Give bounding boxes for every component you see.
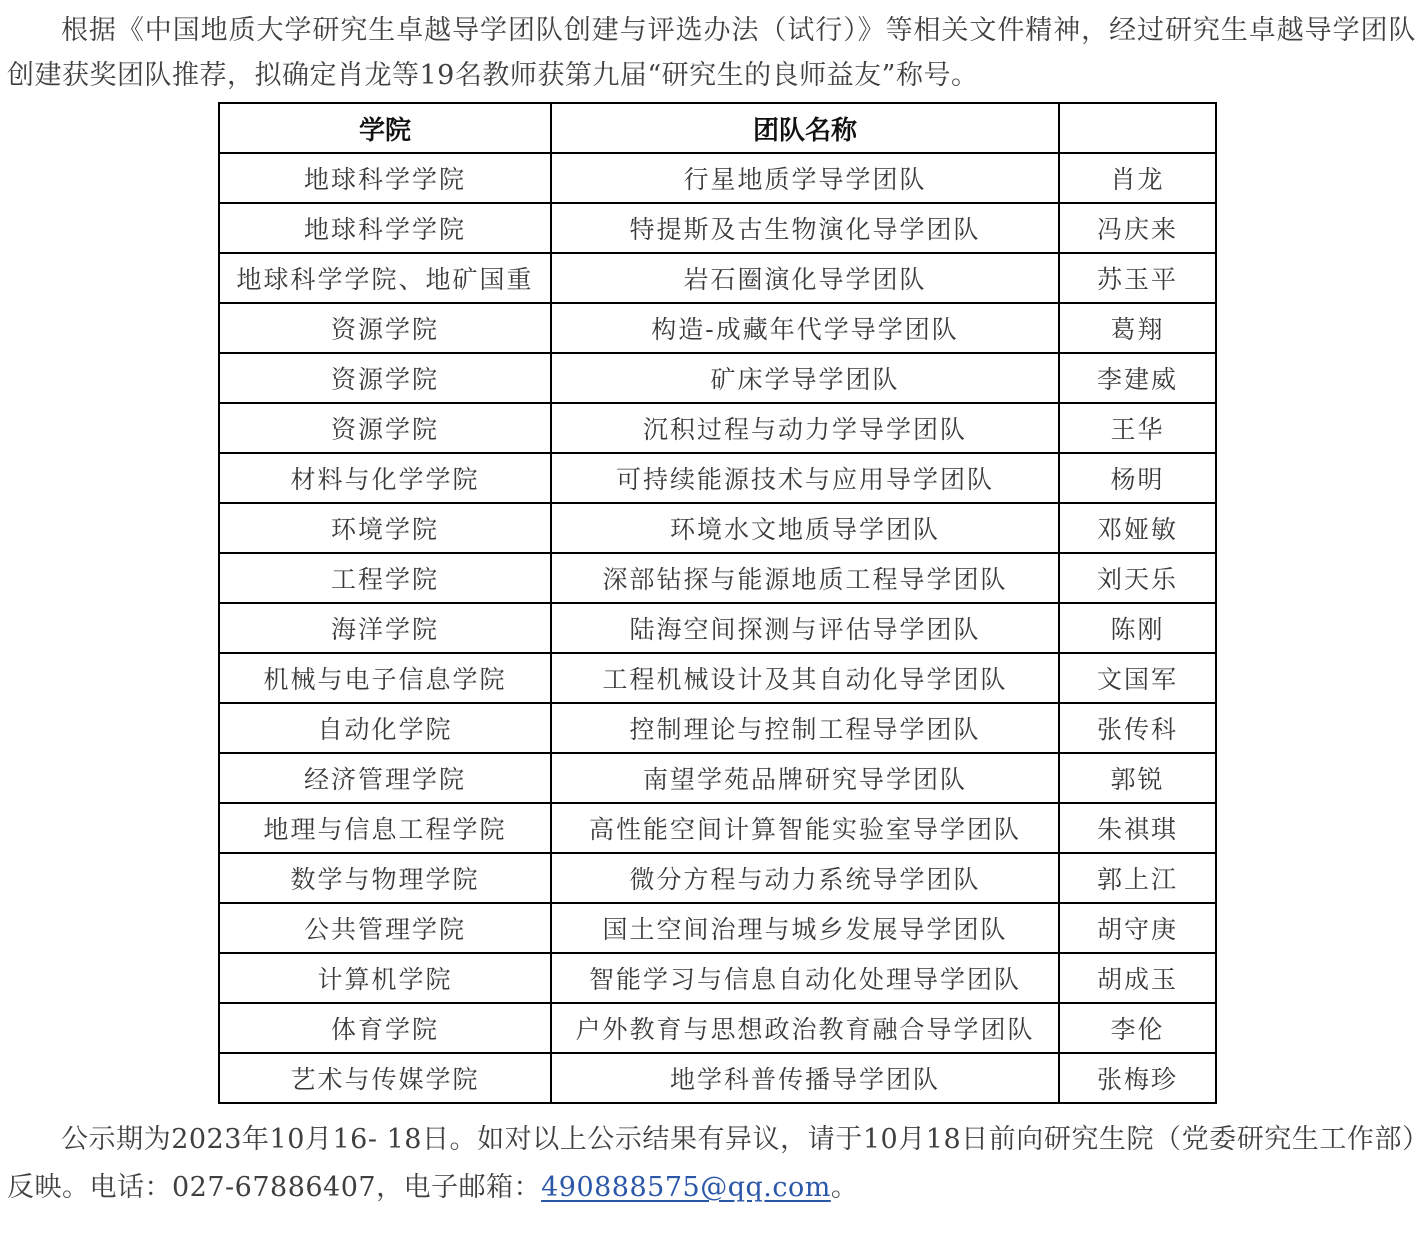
cell-college: 艺术与传媒学院 — [219, 1053, 551, 1103]
award-team-table: 学院 团队名称 地球科学学院行星地质学导学团队肖龙地球科学学院特提斯及古生物演化… — [218, 102, 1217, 1104]
footer-text-after-email: 。 — [831, 1172, 859, 1203]
cell-team-name: 深部钻探与能源地质工程导学团队 — [551, 553, 1059, 603]
cell-person-name: 张梅珍 — [1059, 1053, 1216, 1103]
cell-person-name: 李伦 — [1059, 1003, 1216, 1053]
cell-team-name: 可持续能源技术与应用导学团队 — [551, 453, 1059, 503]
cell-college: 公共管理学院 — [219, 903, 551, 953]
cell-team-name: 智能学习与信息自动化处理导学团队 — [551, 953, 1059, 1003]
cell-team-name: 控制理论与控制工程导学团队 — [551, 703, 1059, 753]
email-link[interactable]: 490888575@qq.com — [541, 1172, 831, 1203]
column-header-empty — [1059, 103, 1216, 153]
table-row: 工程学院深部钻探与能源地质工程导学团队刘天乐 — [219, 553, 1216, 603]
cell-person-name: 胡守庚 — [1059, 903, 1216, 953]
cell-person-name: 葛翔 — [1059, 303, 1216, 353]
table-row: 资源学院构造-成藏年代学导学团队葛翔 — [219, 303, 1216, 353]
cell-person-name: 胡成玉 — [1059, 953, 1216, 1003]
cell-college: 经济管理学院 — [219, 753, 551, 803]
table-row: 计算机学院智能学习与信息自动化处理导学团队胡成玉 — [219, 953, 1216, 1003]
cell-team-name: 微分方程与动力系统导学团队 — [551, 853, 1059, 903]
table-row: 海洋学院陆海空间探测与评估导学团队陈刚 — [219, 603, 1216, 653]
cell-team-name: 南望学苑品牌研究导学团队 — [551, 753, 1059, 803]
cell-team-name: 国土空间治理与城乡发展导学团队 — [551, 903, 1059, 953]
document-page: 根据《中国地质大学研究生卓越导学团队创建与评选办法（试行）》等相关文件精神，经过… — [0, 0, 1422, 1258]
cell-college: 资源学院 — [219, 353, 551, 403]
table-row: 环境学院环境水文地质导学团队邓娅敏 — [219, 503, 1216, 553]
cell-team-name: 高性能空间计算智能实验室导学团队 — [551, 803, 1059, 853]
cell-person-name: 冯庆来 — [1059, 203, 1216, 253]
cell-college: 海洋学院 — [219, 603, 551, 653]
column-header-college: 学院 — [219, 103, 551, 153]
team-table-body: 地球科学学院行星地质学导学团队肖龙地球科学学院特提斯及古生物演化导学团队冯庆来地… — [219, 153, 1216, 1103]
table-row: 资源学院矿床学导学团队李建威 — [219, 353, 1216, 403]
table-row: 资源学院沉积过程与动力学导学团队王华 — [219, 403, 1216, 453]
cell-team-name: 工程机械设计及其自动化导学团队 — [551, 653, 1059, 703]
cell-college: 地理与信息工程学院 — [219, 803, 551, 853]
cell-college: 地球科学学院 — [219, 203, 551, 253]
table-row: 自动化学院控制理论与控制工程导学团队张传科 — [219, 703, 1216, 753]
cell-person-name: 郭上江 — [1059, 853, 1216, 903]
column-header-team-name: 团队名称 — [551, 103, 1059, 153]
cell-team-name: 矿床学导学团队 — [551, 353, 1059, 403]
table-row: 数学与物理学院微分方程与动力系统导学团队郭上江 — [219, 853, 1216, 903]
cell-team-name: 特提斯及古生物演化导学团队 — [551, 203, 1059, 253]
cell-college: 数学与物理学院 — [219, 853, 551, 903]
cell-college: 自动化学院 — [219, 703, 551, 753]
cell-college: 机械与电子信息学院 — [219, 653, 551, 703]
cell-team-name: 陆海空间探测与评估导学团队 — [551, 603, 1059, 653]
cell-person-name: 王华 — [1059, 403, 1216, 453]
cell-person-name: 李建威 — [1059, 353, 1216, 403]
table-row: 公共管理学院国土空间治理与城乡发展导学团队胡守庚 — [219, 903, 1216, 953]
table-row: 地理与信息工程学院高性能空间计算智能实验室导学团队朱祺琪 — [219, 803, 1216, 853]
table-header-row: 学院 团队名称 — [219, 103, 1216, 153]
cell-college: 计算机学院 — [219, 953, 551, 1003]
table-row: 地球科学学院特提斯及古生物演化导学团队冯庆来 — [219, 203, 1216, 253]
cell-college: 地球科学学院 — [219, 153, 551, 203]
cell-team-name: 户外教育与思想政治教育融合导学团队 — [551, 1003, 1059, 1053]
cell-team-name: 地学科普传播导学团队 — [551, 1053, 1059, 1103]
cell-college: 环境学院 — [219, 503, 551, 553]
cell-college: 资源学院 — [219, 303, 551, 353]
cell-person-name: 刘天乐 — [1059, 553, 1216, 603]
cell-person-name: 文国军 — [1059, 653, 1216, 703]
cell-person-name: 苏玉平 — [1059, 253, 1216, 303]
table-row: 地球科学学院、地矿国重岩石圈演化导学团队苏玉平 — [219, 253, 1216, 303]
cell-person-name: 张传科 — [1059, 703, 1216, 753]
table-row: 体育学院户外教育与思想政治教育融合导学团队李伦 — [219, 1003, 1216, 1053]
cell-team-name: 岩石圈演化导学团队 — [551, 253, 1059, 303]
cell-person-name: 陈刚 — [1059, 603, 1216, 653]
table-row: 机械与电子信息学院工程机械设计及其自动化导学团队文国军 — [219, 653, 1216, 703]
cell-college: 体育学院 — [219, 1003, 551, 1053]
cell-person-name: 郭锐 — [1059, 753, 1216, 803]
cell-person-name: 杨明 — [1059, 453, 1216, 503]
table-row: 经济管理学院南望学苑品牌研究导学团队郭锐 — [219, 753, 1216, 803]
cell-team-name: 环境水文地质导学团队 — [551, 503, 1059, 553]
cell-team-name: 沉积过程与动力学导学团队 — [551, 403, 1059, 453]
cell-college: 工程学院 — [219, 553, 551, 603]
cell-person-name: 肖龙 — [1059, 153, 1216, 203]
cell-person-name: 朱祺琪 — [1059, 803, 1216, 853]
table-row: 地球科学学院行星地质学导学团队肖龙 — [219, 153, 1216, 203]
table-row: 材料与化学学院可持续能源技术与应用导学团队杨明 — [219, 453, 1216, 503]
cell-college: 材料与化学学院 — [219, 453, 551, 503]
cell-person-name: 邓娅敏 — [1059, 503, 1216, 553]
cell-team-name: 构造-成藏年代学导学团队 — [551, 303, 1059, 353]
cell-team-name: 行星地质学导学团队 — [551, 153, 1059, 203]
intro-paragraph: 根据《中国地质大学研究生卓越导学团队创建与评选办法（试行）》等相关文件精神，经过… — [7, 8, 1416, 98]
cell-college: 地球科学学院、地矿国重 — [219, 253, 551, 303]
footer-paragraph: 公示期为2023年10月16- 18日。如对以上公示结果有异议，请于10月18日… — [7, 1116, 1416, 1212]
cell-college: 资源学院 — [219, 403, 551, 453]
table-row: 艺术与传媒学院地学科普传播导学团队张梅珍 — [219, 1053, 1216, 1103]
